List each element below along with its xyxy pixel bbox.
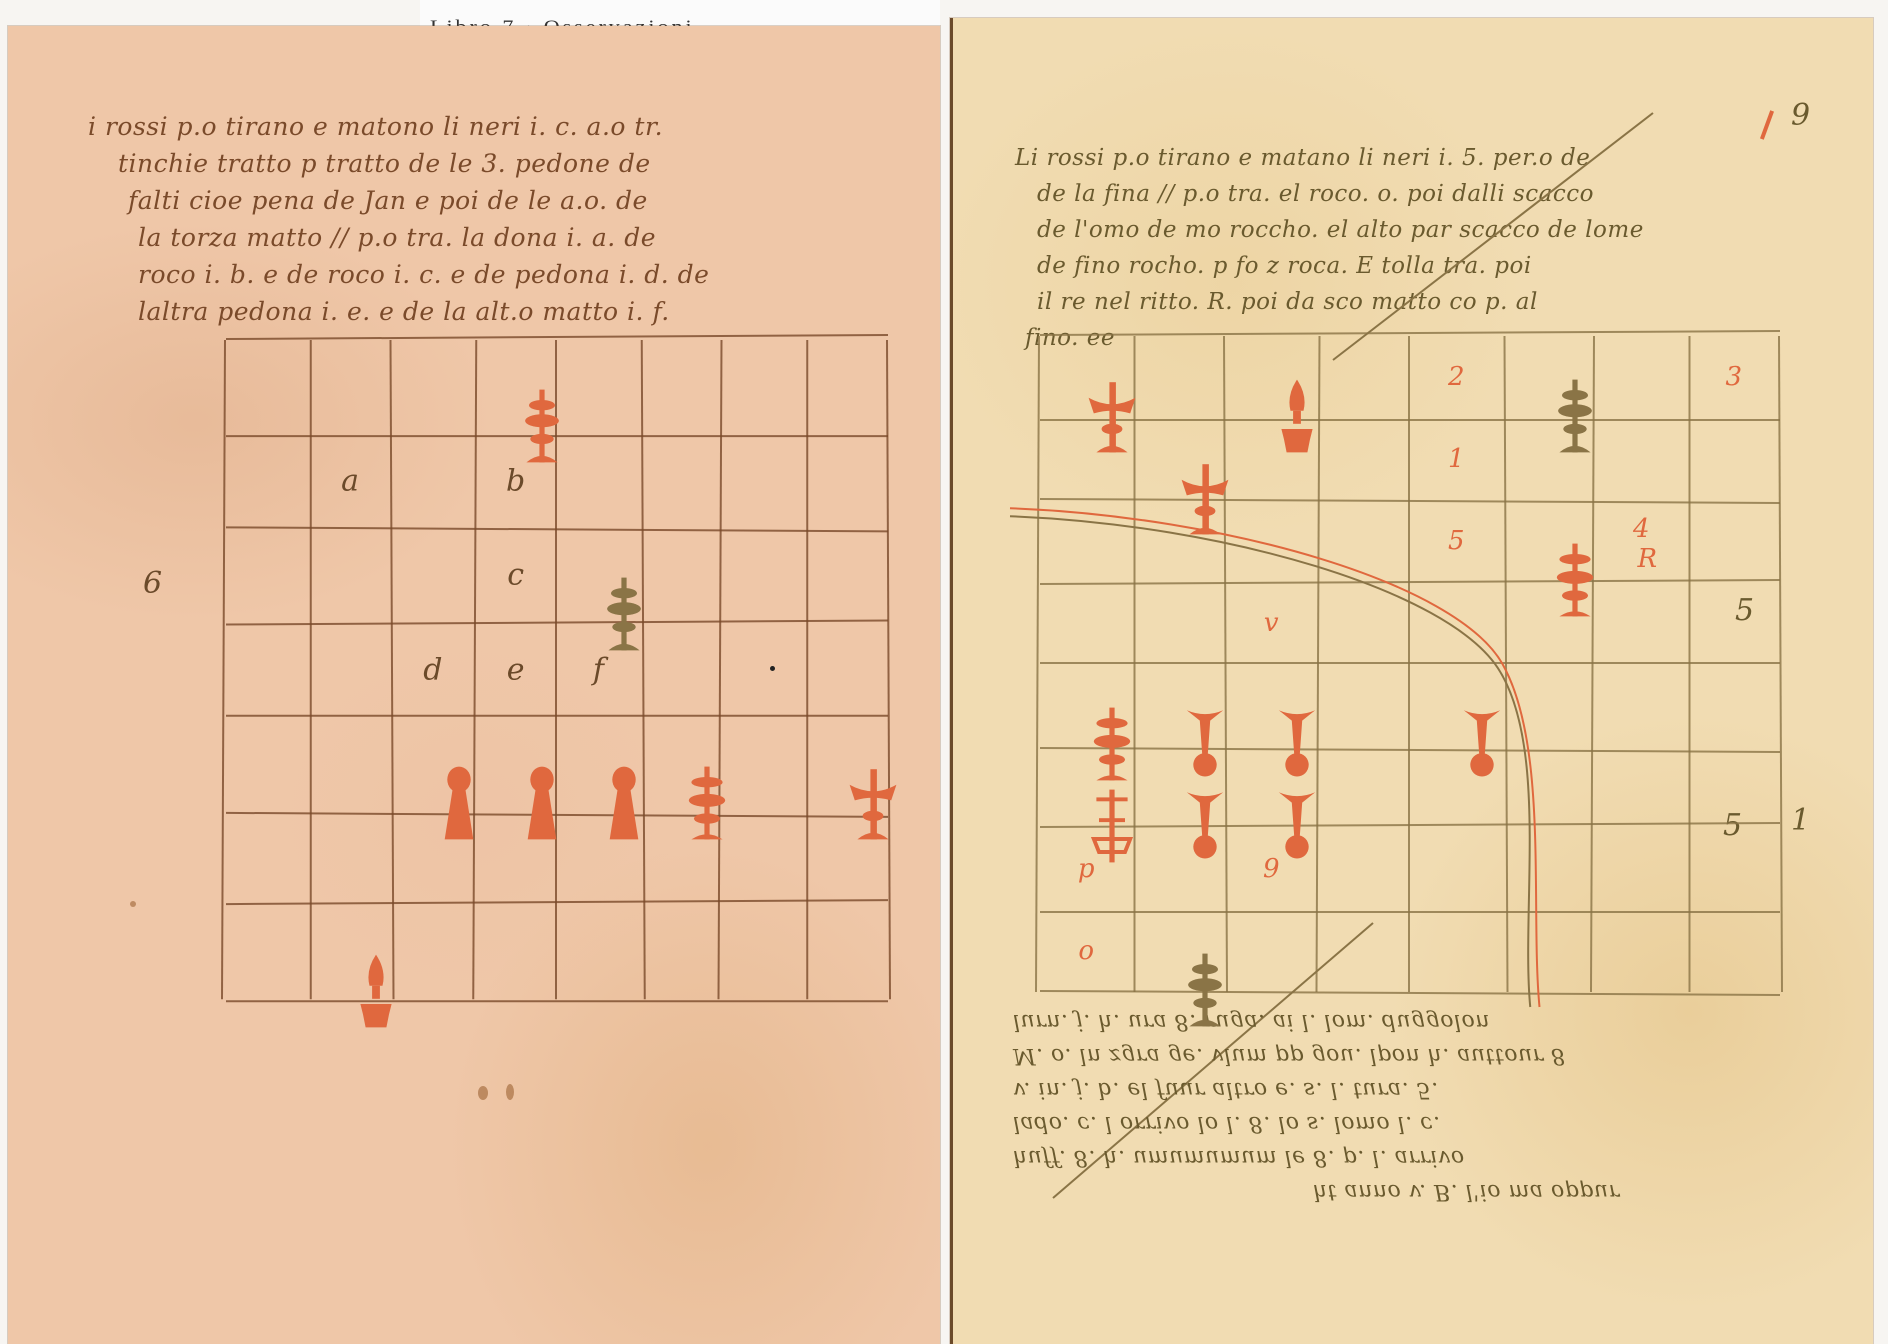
square-label: b [506,464,525,499]
text-line: huff. 8. h. umumumum le 8. p. l. arrivo [1013,1140,1620,1174]
ink-spot [130,901,136,907]
text-line: ht anno v. B. l'io ma oppur [1013,1174,1620,1208]
left-manuscript-page: i rossi p.o tirano e matono li neri i. c… [8,26,940,1344]
square-label: 1 [1448,444,1465,474]
right-chessboard: 23154Rvp9o [1040,336,1780,992]
text-line: falti cioe pena de Jan e poi de le a.o. … [88,182,709,219]
text-line: laltra pedona i. e. e de la alt.o matto … [88,293,709,330]
square-label: e [507,652,525,687]
text-line: lado. c. l orrivo lo l. 8. lo s. lomo l.… [1013,1106,1620,1140]
text-line: tinchie tratto p tratto de le 3. pedone … [88,145,709,182]
square-label: 2 [1448,362,1465,392]
text-line: i rossi p.o tirano e matono li neri i. c… [88,108,709,145]
bottom-mirrored-text: ht anno v. B. l'io ma oppur huff. 8. h. … [1013,1004,1620,1208]
square-label: R [1637,544,1657,574]
square-label: f [593,652,604,687]
grid-lines [1040,336,1780,1012]
margin-note: 1 [1791,803,1810,838]
text-line: M. o. ln zgra ge. vlum pp gou. lpon h. a… [1013,1038,1620,1072]
text-line: roco i. b. e de roco i. c. e de pedona i… [88,256,709,293]
margin-note: 6 [143,566,162,601]
square-label: d [423,652,442,687]
square-label: 3 [1725,362,1742,392]
square-label: o [1078,936,1094,966]
square-label: 9 [1263,854,1280,884]
square-label: v [1264,608,1279,638]
left-chessboard: abcdef [226,340,888,1002]
right-manuscript-page: 9 Li rossi p.o tirano e matano li neri i… [950,18,1873,1344]
text-line: v. in. j. b. el fuur altro e. s. l. tura… [1013,1072,1620,1106]
square-label: p [1078,854,1095,884]
square-label: 4 [1633,514,1650,544]
ink-stain [478,1086,488,1100]
text-line: la torza matto // p.o tra. la dona i. a.… [88,219,709,256]
square-label: a [341,464,359,499]
square-label: 5 [1448,526,1465,556]
ink-stain [506,1084,514,1100]
square-label: c [507,558,524,593]
left-page-text: i rossi p.o tirano e matono li neri i. c… [88,108,709,330]
